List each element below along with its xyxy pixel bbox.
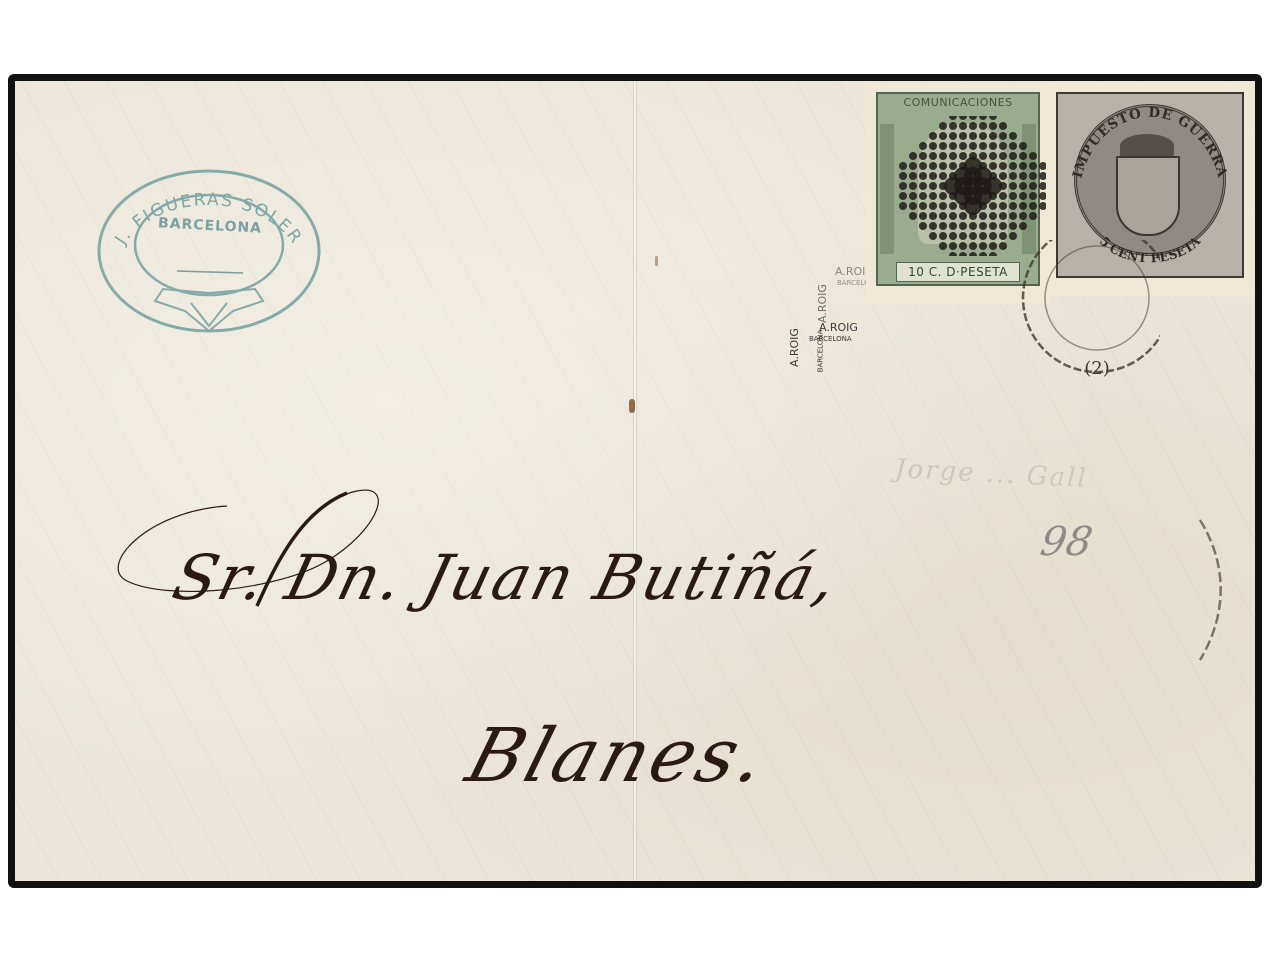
stamp-value-text: 10 C. D·PESETA — [896, 262, 1020, 282]
pencil-number: 98 — [1037, 519, 1096, 565]
partial-datestamp — [1180, 480, 1250, 670]
dotted-cancel-icon — [898, 116, 1048, 256]
sender-oval-handstamp: J. FIGUERAS SOLER BARCELONA — [95, 161, 323, 341]
address-line-2: Blanes. — [458, 713, 779, 799]
stamp-side-panel — [880, 124, 894, 254]
circular-datestamp: (2) — [1005, 240, 1160, 390]
imprint-text: A.ROIG — [816, 284, 829, 323]
address-line-1: Sr. Dn. Juan Butiñá, — [166, 541, 846, 614]
svg-text:IMPUESTO DE GUERRA: IMPUESTO DE GUERRA — [1070, 105, 1231, 180]
ink-stain — [655, 256, 658, 266]
stamp-top-text: COMUNICACIONES — [888, 96, 1028, 109]
pencil-bottom-note: 100 — [1113, 879, 1155, 881]
imprint-text: A.ROIG — [788, 328, 801, 367]
ink-stain — [629, 399, 635, 413]
imprint-text: A.ROIG — [819, 321, 858, 334]
postmark-number: (2) — [1084, 358, 1110, 379]
imprint-text: BARCELONA — [809, 335, 852, 343]
faint-annotation: Jorge ... Gall — [894, 454, 1088, 494]
